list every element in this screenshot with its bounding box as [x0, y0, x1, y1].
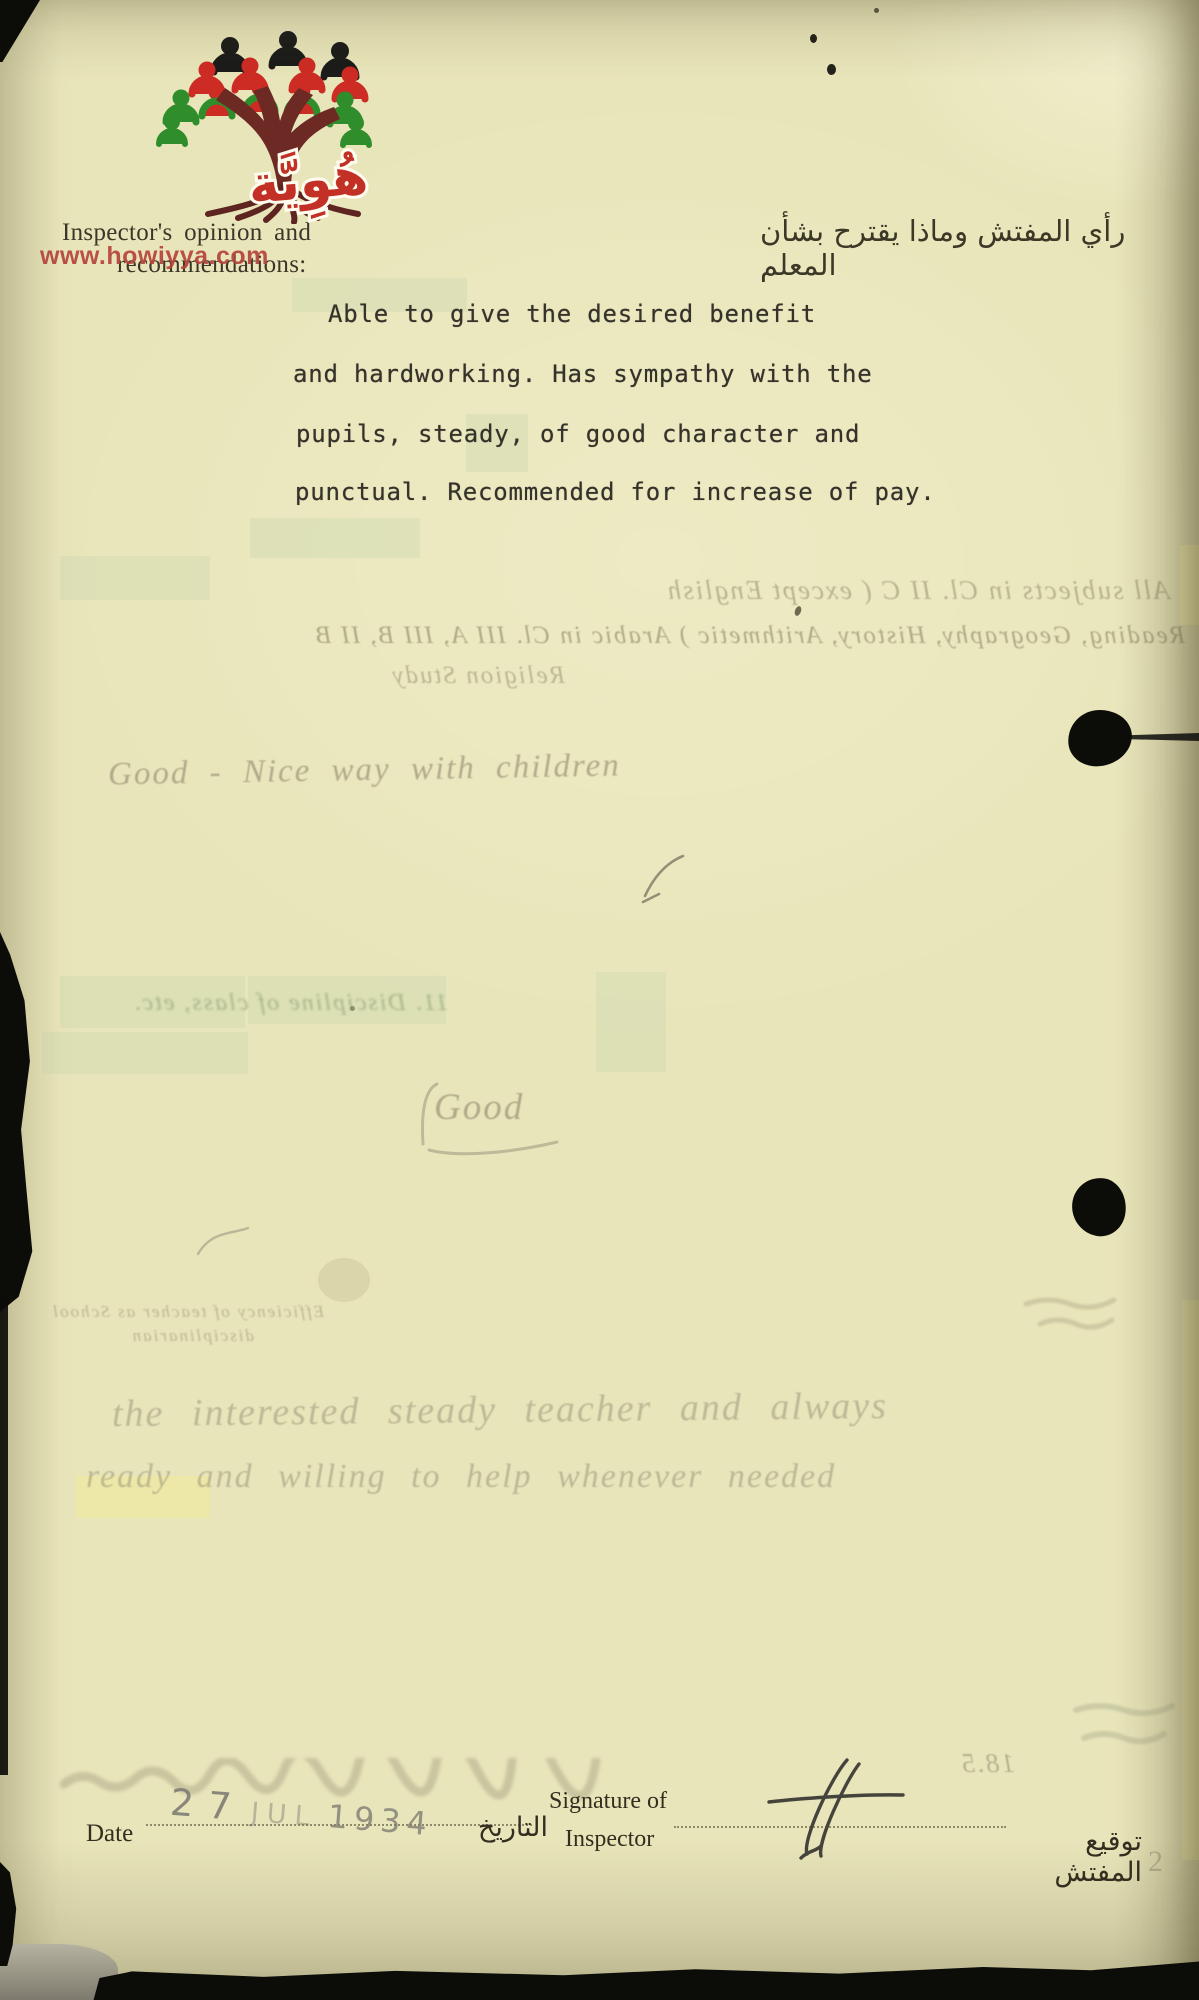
- bleed-through-text: Religion Study: [235, 662, 565, 690]
- paper-stain: [1182, 1300, 1199, 1860]
- opinion-line: and hardworking. Has sympathy with the: [293, 360, 872, 388]
- bleed-through-form-label: disciplinarian: [104, 1326, 254, 1346]
- bleed-through-scribble: [1020, 1290, 1150, 1336]
- bleed-through-form-label: Efficiency of teacher as School: [84, 1302, 324, 1322]
- bleed-through-form-label: 11. Discipline of class, etc.: [58, 990, 448, 1017]
- date-label-arabic: التاريخ: [470, 1812, 548, 1843]
- signature-label-line2: Inspector: [565, 1826, 654, 1853]
- section-title-arabic: رأي المفتش وماذا يقترح بشأن المعلم: [760, 214, 1174, 282]
- paper-stain: [60, 556, 210, 600]
- howiyya-tree-logo: هُوِيَّة: [150, 28, 376, 224]
- ink-speck: [810, 34, 817, 43]
- pencil-squiggle: [192, 1222, 256, 1264]
- ink-fleck: [350, 1006, 355, 1011]
- paper-stain: [250, 518, 420, 558]
- signature-label-arabic: توقيع المفتش: [1000, 1826, 1142, 1888]
- stamp-year: 1934: [326, 1797, 434, 1843]
- bleed-through-text: Reading, Geography, History, Arithmetic …: [70, 622, 1185, 650]
- opinion-line: Able to give the desired benefit: [328, 300, 816, 328]
- ink-speck: [874, 8, 879, 13]
- watermark-url: www.howiyya.com: [40, 242, 269, 271]
- paper-stain: [1180, 545, 1199, 625]
- signature-label-line1: Signature of: [549, 1788, 667, 1815]
- pencil-check-mark: [635, 848, 707, 910]
- scan-edge-artifact: [0, 1295, 8, 1775]
- paper-stain: [596, 972, 666, 1072]
- ink-speck: [827, 64, 836, 75]
- date-label: Date: [86, 1820, 133, 1848]
- stamp-day: 27: [169, 1781, 247, 1830]
- inspector-signature: [755, 1742, 915, 1864]
- pencil-remark-line1: the interested steady teacher and always: [112, 1384, 888, 1436]
- bleed-through-digit: 2: [1148, 1845, 1163, 1879]
- pencil-remark-line2: ready and willing to help whenever neede…: [86, 1458, 836, 1496]
- opinion-line: punctual. Recommended for increase of pa…: [295, 478, 935, 506]
- paper-stain: [318, 1258, 370, 1302]
- opinion-line: pupils, steady, of good character and: [296, 420, 860, 448]
- bleed-through-scribble: [1070, 1698, 1180, 1768]
- pencil-bracket-mark: [405, 1078, 575, 1163]
- scanned-document-page: هُوِيَّة www.howiyya.com Inspector's opi…: [0, 0, 1199, 2000]
- stamp-month: JUL: [250, 1797, 319, 1833]
- paper-stain: [42, 1032, 248, 1074]
- bleed-through-text: All subjects in Cl. II C ( except Englis…: [265, 575, 1170, 606]
